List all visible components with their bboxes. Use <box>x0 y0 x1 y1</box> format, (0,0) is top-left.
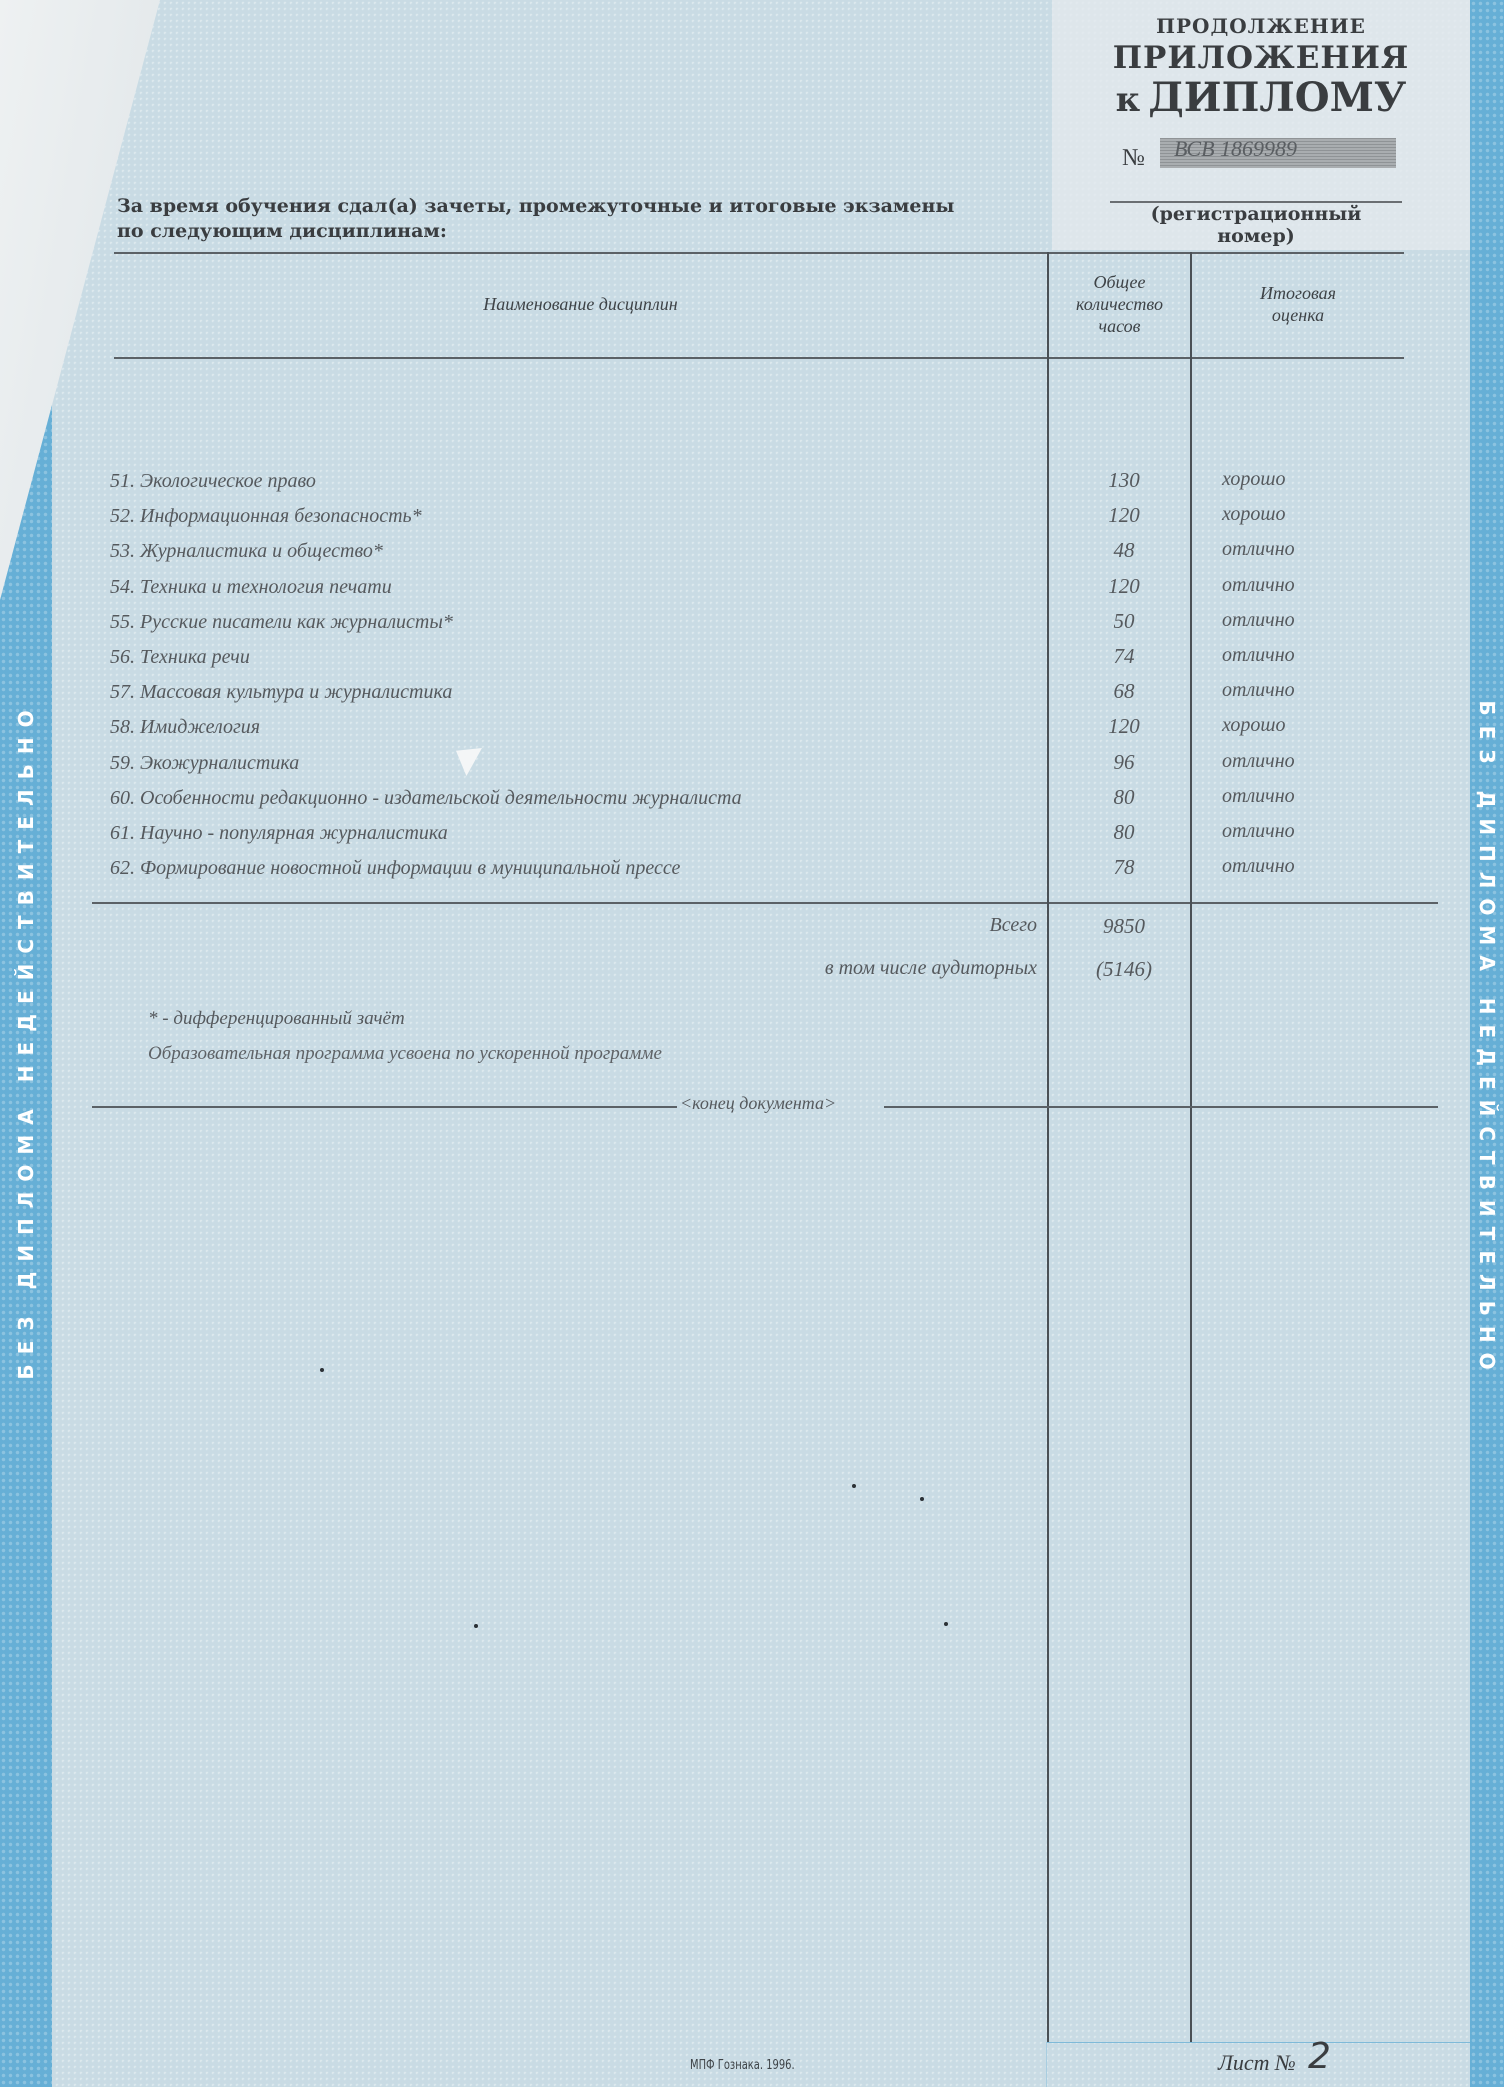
end-of-document-marker: <конец документа> <box>680 1093 836 1114</box>
discipline-grade: отлично <box>1222 679 1295 702</box>
program-note: Образовательная программа усвоена по уск… <box>148 1043 662 1065</box>
discipline-hours: 130 <box>1054 468 1194 493</box>
header-line-supplement: ПРИЛОЖЕНИЯ <box>1052 40 1470 76</box>
registration-number: ВСВ 1869989 <box>1174 136 1297 162</box>
discipline-hours: 78 <box>1054 855 1194 880</box>
grade-header-line-2: оценка <box>1192 304 1404 326</box>
discipline-grade: отлично <box>1222 609 1295 632</box>
discipline-hours: 96 <box>1054 750 1194 775</box>
number-sign: № <box>1122 145 1145 172</box>
scan-speck <box>944 1622 948 1626</box>
scan-speck <box>320 1368 324 1372</box>
footer-box-top <box>1046 2042 1470 2043</box>
intro-text: За время обучения сдал(а) зачеты, промеж… <box>117 194 954 244</box>
end-rule-right <box>884 1106 1438 1108</box>
column-header-grade: Итоговая оценка <box>1192 282 1404 326</box>
discipline-hours: 48 <box>1054 538 1194 563</box>
header-line-diploma: кДИПЛОМУ <box>1052 74 1470 121</box>
discipline-grade: хорошо <box>1222 468 1285 491</box>
discipline-grade: отлично <box>1222 750 1295 773</box>
table-body-bottom-rule <box>92 902 1438 904</box>
discipline-hours: 120 <box>1054 574 1194 599</box>
discipline-hours: 50 <box>1054 609 1194 634</box>
sheet-number: 2 <box>1308 2036 1331 2077</box>
discipline-grade: отлично <box>1222 538 1295 561</box>
registration-caption: (регистрационный номер) <box>1110 203 1402 247</box>
discipline-name: 61. Научно - популярная журналистика <box>110 822 448 845</box>
hours-column-divider <box>1047 252 1049 2042</box>
discipline-name: 62. Формирование новостной информации в … <box>110 857 680 880</box>
discipline-name: 52. Информационная безопасность* <box>110 505 422 528</box>
column-header-hours: Общее количество часов <box>1049 271 1190 337</box>
right-band-text: БЕЗ ДИПЛОМА НЕДЕЙСТВИТЕЛЬНО <box>1475 700 1499 1379</box>
discipline-name: 51. Экологическое право <box>110 470 316 493</box>
table-top-rule <box>114 252 1404 254</box>
header-line-continuation: ПРОДОЛЖЕНИЕ <box>1052 14 1470 38</box>
discipline-grade: отлично <box>1222 574 1295 597</box>
hours-header-line-2: количество <box>1049 293 1190 315</box>
paper-scrap-mark <box>456 748 482 776</box>
discipline-hours: 68 <box>1054 679 1194 704</box>
discipline-grade: отлично <box>1222 785 1295 808</box>
discipline-hours: 80 <box>1054 785 1194 810</box>
intro-line-2: по следующим дисциплинам: <box>117 219 954 244</box>
header-prefix: к <box>1116 80 1141 120</box>
discipline-grade: отлично <box>1222 820 1295 843</box>
discipline-hours: 80 <box>1054 820 1194 845</box>
asterisk-note: * - дифференцированный зачёт <box>148 1008 405 1030</box>
discipline-grade: отлично <box>1222 644 1295 667</box>
printer-imprint: МПФ Гознака. 1996. <box>690 2058 795 2073</box>
discipline-name: 60. Особенности редакционно - издательск… <box>110 787 742 810</box>
discipline-grade: хорошо <box>1222 714 1285 737</box>
hours-header-line-1: Общее <box>1049 271 1190 293</box>
discipline-name: 58. Имиджелогия <box>110 716 260 739</box>
discipline-name: 59. Экожурналистика <box>110 752 299 775</box>
scan-speck <box>474 1624 478 1628</box>
column-header-name: Наименование дисциплин <box>114 293 1047 315</box>
total-label: Всего <box>600 914 1037 937</box>
total-value: 9850 <box>1054 914 1194 939</box>
sheet-label: Лист № <box>1218 2050 1296 2076</box>
discipline-name: 56. Техника речи <box>110 646 250 669</box>
grade-header-line-1: Итоговая <box>1192 282 1404 304</box>
discipline-grade: отлично <box>1222 855 1295 878</box>
discipline-name: 55. Русские писатели как журналисты* <box>110 611 453 634</box>
discipline-grade: хорошо <box>1222 503 1285 526</box>
discipline-name: 53. Журналистика и общество* <box>110 540 383 563</box>
table-header-rule <box>114 357 1404 359</box>
footer-box-left <box>1046 2042 1047 2087</box>
scan-speck <box>920 1497 924 1501</box>
classroom-label: в том числе аудиторных <box>600 957 1037 980</box>
intro-line-1: За время обучения сдал(а) зачеты, промеж… <box>117 194 954 219</box>
discipline-name: 57. Массовая культура и журналистика <box>110 681 452 704</box>
discipline-hours: 120 <box>1054 714 1194 739</box>
discipline-hours: 74 <box>1054 644 1194 669</box>
diploma-supplement-page: БЕЗ ДИПЛОМА НЕДЕЙСТВИТЕЛЬНО БЕЗ ДИПЛОМА … <box>0 0 1504 2087</box>
header-main-word: ДИПЛОМУ <box>1148 74 1406 121</box>
discipline-name: 54. Техника и технология печати <box>110 576 392 599</box>
left-band-text: БЕЗ ДИПЛОМА НЕДЕЙСТВИТЕЛЬНО <box>14 700 38 1379</box>
classroom-value: (5146) <box>1054 957 1194 982</box>
hours-header-line-3: часов <box>1049 315 1190 337</box>
discipline-hours: 120 <box>1054 503 1194 528</box>
end-rule-left <box>92 1106 677 1108</box>
right-security-band: БЕЗ ДИПЛОМА НЕДЕЙСТВИТЕЛЬНО <box>1470 0 1504 2087</box>
scan-speck <box>852 1484 856 1488</box>
